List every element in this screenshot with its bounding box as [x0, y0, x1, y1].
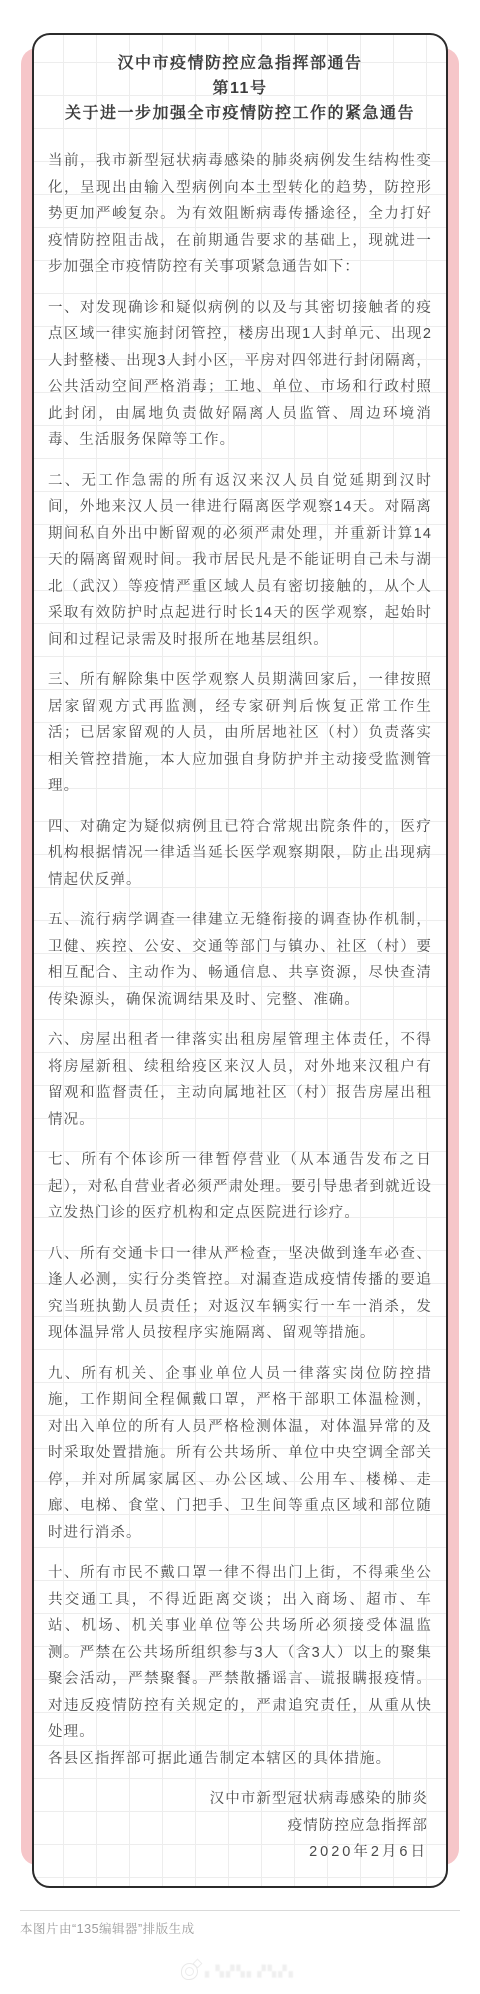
notice-number: 第11号: [48, 76, 432, 101]
watermark-text: ▖▚▞▚▖▞▚▞▖: [205, 1965, 299, 1978]
footer: 本图片由“135编辑器”排版生成 ▖▚▞▚▖▞▚▞▖: [0, 1910, 480, 1994]
footer-credit: 本图片由“135编辑器”排版生成: [20, 1919, 460, 1937]
signature-block: 汉中市新型冠状病毒感染的肺炎 疫情防控应急指挥部 2020年2月6日: [48, 1786, 432, 1866]
notice-item-8: 八、所有交通卡口一律从严检查，坚决做到逢车必查、逢人必测，实行分类管控。对漏查造…: [48, 1241, 432, 1347]
notice-item-7: 七、所有个体诊所一律暂停营业（从本通告发布之日起），对私自营业者必须严肃处理。要…: [48, 1147, 432, 1227]
notice-subtitle: 关于进一步加强全市疫情防控工作的紧急通告: [48, 101, 432, 126]
notice-body: 当前，我市新型冠状病毒感染的肺炎病例发生结构性变化，呈现出由输入型病例向本土型转…: [48, 148, 432, 1772]
notice-card: 汉中市疫情防控应急指挥部通告 第11号 关于进一步加强全市疫情防控工作的紧急通告…: [32, 33, 448, 1888]
weibo-camera-watermark-icon: [181, 1963, 198, 1980]
notice-item-5: 五、流行病学调查一律建立无缝衔接的调查协作机制，卫健、疾控、公安、交通等部门与镇…: [48, 907, 432, 1013]
notice-item-4: 四、对确定为疑似病例且已符合常规出院条件的，医疗机构根据情况一律适当延长医学观察…: [48, 814, 432, 894]
notice-item-6: 六、房屋出租者一律落实出租房屋管理主体责任，不得将房屋新租、续租给疫区来汉人员，…: [48, 1027, 432, 1133]
signature-org-line2: 疫情防控应急指挥部: [48, 1813, 428, 1840]
notice-item-3: 三、所有解除集中医学观察人员期满回家后，一律按照居家留观方式再监测，经专家研判后…: [48, 667, 432, 800]
notice-title-block: 汉中市疫情防控应急指挥部通告 第11号 关于进一步加强全市疫情防控工作的紧急通告: [48, 51, 432, 126]
watermark: ▖▚▞▚▖▞▚▞▖: [20, 1963, 460, 1994]
signature-date: 2020年2月6日: [48, 1839, 428, 1866]
intro-paragraph: 当前，我市新型冠状病毒感染的肺炎病例发生结构性变化，呈现出由输入型病例向本土型转…: [48, 148, 432, 281]
notice-item-2: 二、无工作急需的所有返汉来汉人员自觉延期到汉时间，外地来汉人员一律进行隔离医学观…: [48, 468, 432, 654]
notice-item-1: 一、对发现确诊和疑似病例的以及与其密切接触者的疫点区域一律实施封闭管控，楼房出现…: [48, 295, 432, 454]
footer-divider: [20, 1910, 460, 1911]
signature-org-line1: 汉中市新型冠状病毒感染的肺炎: [48, 1786, 428, 1813]
district-note: 各县区指挥部可据此通告制定本辖区的具体措施。: [48, 1746, 432, 1773]
notice-title: 汉中市疫情防控应急指挥部通告: [48, 51, 432, 76]
notice-item-9: 九、所有机关、企事业单位人员一律落实岗位防控措施，工作期间全程佩戴口罩，严格干部…: [48, 1361, 432, 1547]
notice-card-wrapper: 汉中市疫情防控应急指挥部通告 第11号 关于进一步加强全市疫情防控工作的紧急通告…: [32, 33, 448, 1888]
notice-item-10: 十、所有市民不戴口罩一律不得出门上街，不得乘坐公共交通工具，不得近距离交谈；出入…: [48, 1560, 432, 1746]
page: 汉中市疫情防控应急指挥部通告 第11号 关于进一步加强全市疫情防控工作的紧急通告…: [0, 33, 480, 1994]
